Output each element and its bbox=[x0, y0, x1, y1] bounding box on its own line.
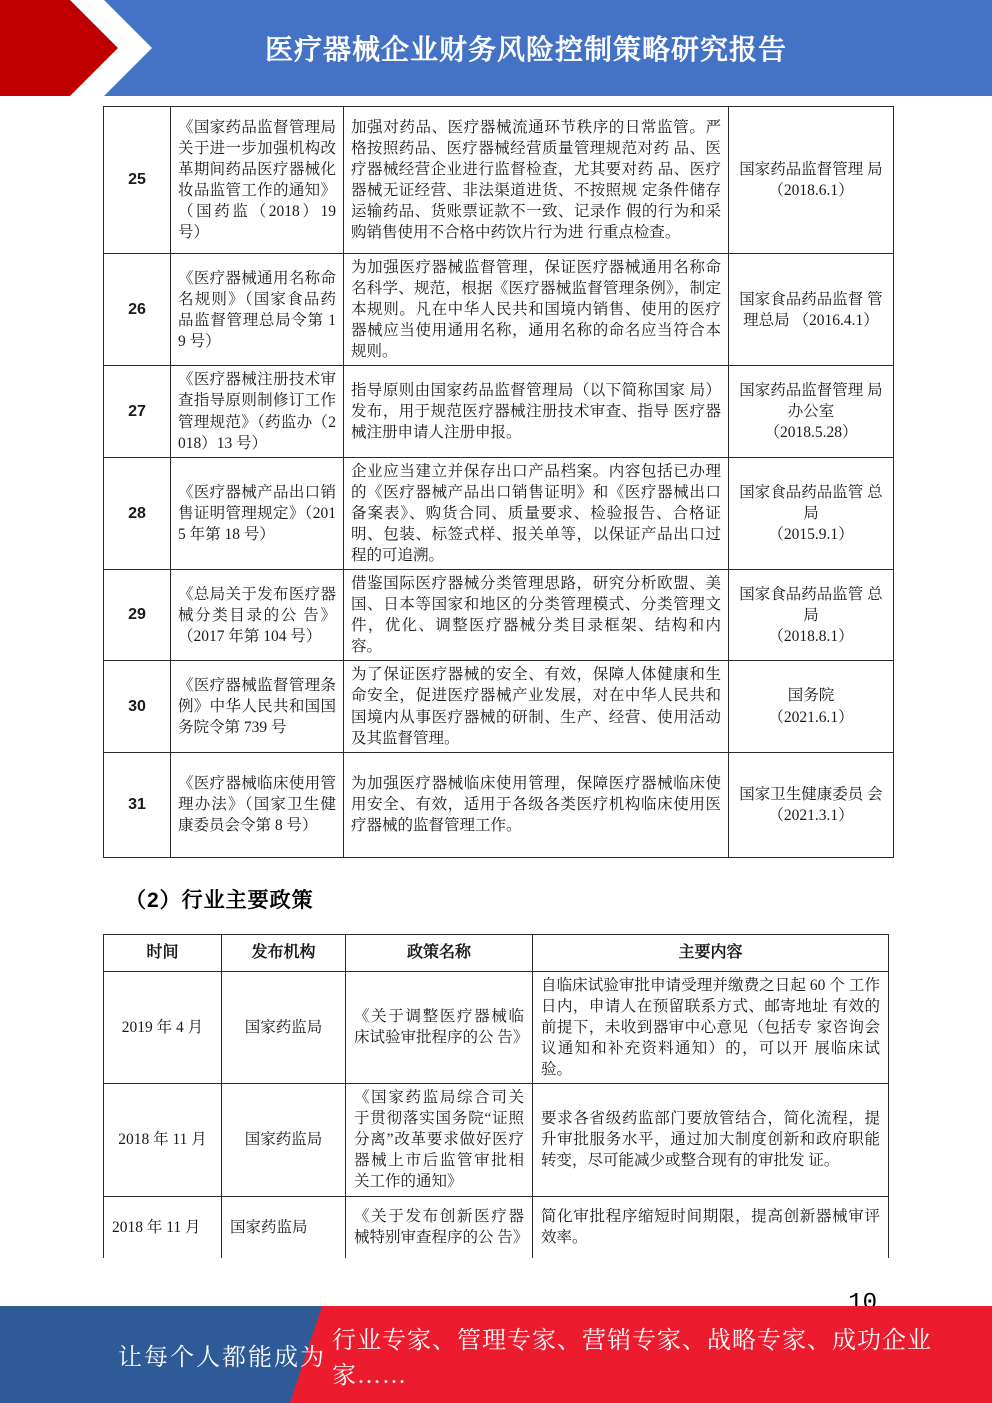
policy-agency: 国家药监局 bbox=[222, 1196, 346, 1258]
agency-name: 国家卫生健康委员 会 bbox=[733, 784, 889, 805]
policy-name: 《关于调整医疗器械临床试验审批程序的公 告》 bbox=[346, 971, 533, 1083]
reg-number: 30 bbox=[104, 661, 171, 752]
policy-content: 自临床试验审批申请受理并缴费之日起 60 个 工作日内，申请人在预留联系方式、邮… bbox=[533, 971, 889, 1083]
table-header-row: 时间 发布机构 政策名称 主要内容 bbox=[104, 934, 889, 971]
page-title: 医疗器械企业财务风险控制策略研究报告 bbox=[0, 0, 992, 96]
agency-date: （2021.6.1） bbox=[733, 707, 889, 728]
reg-content: 为加强医疗器械临床使用管理，保障医疗器械临床使用安全、有效，适用于各级各类医疗机… bbox=[344, 752, 729, 857]
agency-date: （2018.5.28） bbox=[733, 422, 889, 443]
policy-time: 2018 年 11 月 bbox=[104, 1196, 222, 1258]
reg-name: 《医疗器械产品出口销售证明管理规定》（2015 年第 18 号） bbox=[171, 457, 344, 569]
policy-name: 《国家药监局综合司关于贯彻落实国务院“证照分离”改革要求做好医疗器械上市后监管审… bbox=[346, 1084, 533, 1196]
agency-name: 国家食品药品监管 总局 bbox=[733, 482, 889, 524]
policy-content: 简化审批程序缩短时间期限，提高创新器械审评效率。 bbox=[533, 1196, 889, 1258]
reg-name: 《医疗器械临床使用管理办法》（国家卫生健康委员会令第 8 号） bbox=[171, 752, 344, 857]
col-header-policy: 政策名称 bbox=[346, 934, 533, 971]
reg-content: 加强对药品、医疗器械流通环节秩序的日常监管。严格按照药品、医疗器械经营质量管理规… bbox=[344, 107, 729, 254]
table-row: 2018 年 11 月 国家药监局 《国家药监局综合司关于贯彻落实国务院“证照分… bbox=[104, 1084, 889, 1196]
policy-name: 《关于发布创新医疗器械特别审查程序的公 告》 bbox=[346, 1196, 533, 1258]
agency-date: （2018.6.1） bbox=[733, 180, 889, 201]
policy-agency: 国家药监局 bbox=[222, 1084, 346, 1196]
table-row: 2019 年 4 月 国家药监局 《关于调整医疗器械临床试验审批程序的公 告》 … bbox=[104, 971, 889, 1083]
footer-slogan-left: 让每个人都能成为 bbox=[118, 1306, 326, 1403]
policy-time: 2019 年 4 月 bbox=[104, 971, 222, 1083]
reg-content: 指导原则由国家药品监督管理局（以下简称国家 局）发布，用于规范医疗器械注册技术审… bbox=[344, 366, 729, 457]
header-banner: 医疗器械企业财务风险控制策略研究报告 bbox=[0, 0, 992, 96]
agency-name: 国务院 bbox=[733, 685, 889, 706]
reg-number: 27 bbox=[104, 366, 171, 457]
reg-agency: 国务院 （2021.6.1） bbox=[729, 661, 894, 752]
reg-name: 《总局关于发布医疗器械分类目录的公 告》（2017 年第 104 号） bbox=[171, 570, 344, 661]
footer-slogan-right: 行业专家、管理专家、营销专家、战略专家、成功企业家…… bbox=[332, 1306, 992, 1403]
reg-agency: 国家食品药品监管 总局 （2018.8.1） bbox=[729, 570, 894, 661]
table-row: 2018 年 11 月 国家药监局 《关于发布创新医疗器械特别审查程序的公 告》… bbox=[104, 1196, 889, 1258]
document-body: 25 《国家药品监督管理局关于进一步加强机构改革期间药品医疗器械化妆品监管工作的… bbox=[103, 96, 893, 1317]
reg-agency: 国家卫生健康委员 会 （2021.3.1） bbox=[729, 752, 894, 857]
agency-name: 国家食品药品监管 总局 bbox=[733, 584, 889, 626]
reg-number: 26 bbox=[104, 254, 171, 366]
table-row: 29 《总局关于发布医疗器械分类目录的公 告》（2017 年第 104 号） 借… bbox=[104, 570, 894, 661]
col-header-time: 时间 bbox=[104, 934, 222, 971]
agency-date: （2021.3.1） bbox=[733, 805, 889, 826]
footer-banner: 让每个人都能成为 行业专家、管理专家、营销专家、战略专家、成功企业家…… bbox=[0, 1306, 992, 1403]
reg-name: 《国家药品监督管理局关于进一步加强机构改革期间药品医疗器械化妆品监管工作的通知》… bbox=[171, 107, 344, 254]
regulation-table: 25 《国家药品监督管理局关于进一步加强机构改革期间药品医疗器械化妆品监管工作的… bbox=[103, 106, 894, 858]
table-row: 30 《医疗器械监督管理条例》中华人民共和国国务院令第 739 号 为了保证医疗… bbox=[104, 661, 894, 752]
reg-content: 为加强医疗器械监督管理，保证医疗器械通用名称命名科学、规范，根据《医疗器械监督管… bbox=[344, 254, 729, 366]
reg-number: 29 bbox=[104, 570, 171, 661]
agency-date: （2015.9.1） bbox=[733, 524, 889, 545]
agency-name: 国家食品药品监督 管理总局 （2016.4.1） bbox=[733, 289, 889, 331]
table-row: 26 《医疗器械通用名称命名规则》（国家食品药品监督管理总局令第 19 号） 为… bbox=[104, 254, 894, 366]
section-heading: （2）行业主要政策 bbox=[125, 884, 893, 914]
table-row: 25 《国家药品监督管理局关于进一步加强机构改革期间药品医疗器械化妆品监管工作的… bbox=[104, 107, 894, 254]
col-header-agency: 发布机构 bbox=[222, 934, 346, 971]
policy-content: 要求各省级药监部门要放管结合，简化流程，提升审批服务水平，通过加大制度创新和政府… bbox=[533, 1084, 889, 1196]
reg-content: 借鉴国际医疗器械分类管理思路，研究分析欧盟、美国、日本等国家和地区的分类管理模式… bbox=[344, 570, 729, 661]
reg-number: 25 bbox=[104, 107, 171, 254]
agency-name: 国家药品监督管理 局 bbox=[733, 159, 889, 180]
reg-content: 为了保证医疗器械的安全、有效，保障人体健康和生命安全，促进医疗器械产业发展，对在… bbox=[344, 661, 729, 752]
reg-name: 《医疗器械通用名称命名规则》（国家食品药品监督管理总局令第 19 号） bbox=[171, 254, 344, 366]
reg-agency: 国家药品监督管理 局办公室 （2018.5.28） bbox=[729, 366, 894, 457]
policy-agency: 国家药监局 bbox=[222, 971, 346, 1083]
policy-table: 时间 发布机构 政策名称 主要内容 2019 年 4 月 国家药监局 《关于调整… bbox=[103, 934, 889, 1258]
policy-time: 2018 年 11 月 bbox=[104, 1084, 222, 1196]
reg-content: 企业应当建立并保存出口产品档案。内容包括已办理的《医疗器械产品出口销售证明》和《… bbox=[344, 457, 729, 569]
reg-number: 31 bbox=[104, 752, 171, 857]
table-row: 27 《医疗器械注册技术审查指导原则制修订工作管理规范》（药监办（2018）13… bbox=[104, 366, 894, 457]
col-header-content: 主要内容 bbox=[533, 934, 889, 971]
reg-agency: 国家药品监督管理 局 （2018.6.1） bbox=[729, 107, 894, 254]
agency-date: （2018.8.1） bbox=[733, 626, 889, 647]
reg-name: 《医疗器械注册技术审查指导原则制修订工作管理规范》（药监办（2018）13 号） bbox=[171, 366, 344, 457]
reg-number: 28 bbox=[104, 457, 171, 569]
agency-name: 国家药品监督管理 局办公室 bbox=[733, 380, 889, 422]
reg-agency: 国家食品药品监督 管理总局 （2016.4.1） bbox=[729, 254, 894, 366]
reg-agency: 国家食品药品监管 总局 （2015.9.1） bbox=[729, 457, 894, 569]
table-row: 28 《医疗器械产品出口销售证明管理规定》（2015 年第 18 号） 企业应当… bbox=[104, 457, 894, 569]
reg-name: 《医疗器械监督管理条例》中华人民共和国国务院令第 739 号 bbox=[171, 661, 344, 752]
table-row: 31 《医疗器械临床使用管理办法》（国家卫生健康委员会令第 8 号） 为加强医疗… bbox=[104, 752, 894, 857]
